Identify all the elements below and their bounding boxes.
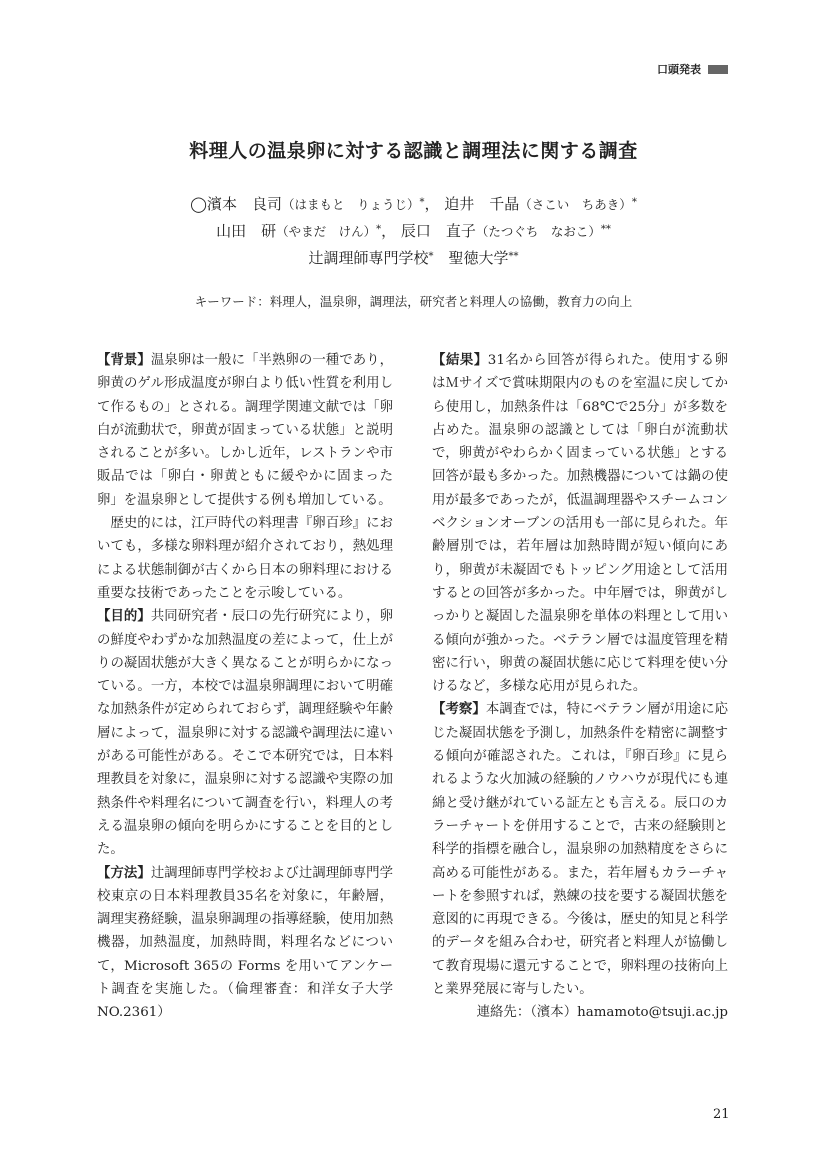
affiliation-mark: *	[428, 251, 433, 262]
author-kana: （さこい ちあき）	[519, 197, 632, 212]
left-column: 【背景】温泉卵は一般に「半熟卵の一種であり，卵黄のゲル形成温度が卵白より低い性質…	[97, 349, 393, 1025]
author-name: 山田 研	[216, 222, 276, 240]
author-kana: （たつぐち なおこ）	[476, 224, 601, 239]
keywords: キーワード：料理人，温泉卵，調理法，研究者と料理人の協働，教育力の向上	[0, 292, 827, 310]
presentation-type-label: 口頭発表	[657, 61, 701, 77]
section-purpose: 【目的】共同研究者・辰口の先行研究により，卵の鮮度やわずかな加熱温度の差によって…	[97, 605, 393, 861]
section-results: 【結果】31名から回答が得られた。使用する卵はＭサイズで賞味期限内のものを室温に…	[432, 349, 728, 698]
paper-title: 料理人の温泉卵に対する認識と調理法に関する調査	[0, 136, 827, 163]
section-text: 本調査では，特にベテラン層が用途に応じた凝固状態を予測し，加熱条件を精密に調整す…	[432, 702, 728, 997]
presentation-type-tag: 口頭発表	[657, 61, 728, 77]
section-label: 【方法】	[97, 866, 151, 881]
section-label: 【結果】	[432, 353, 488, 368]
section-text: 31名から回答が得られた。使用する卵はＭサイズで賞味期限内のものを室温に戻してか…	[432, 353, 728, 694]
header-bar-decoration	[708, 65, 728, 74]
section-method: 【方法】辻調理師専門学校および辻調理師専門学校東京の日本料理教員35名を対象に，…	[97, 862, 393, 1025]
section-text: 温泉卵は一般に「半熟卵の一種であり，卵黄のゲル形成温度が卵白より低い性質を利用し…	[97, 353, 393, 508]
affiliation-mark: **	[509, 251, 519, 262]
author-kana: （やまだ けん）	[276, 224, 376, 239]
section-background-continued: 歴史的には，江戸時代の料理書『卵百珍』においても，多様な卵料理が紹介されており，…	[97, 512, 393, 605]
section-background: 【背景】温泉卵は一般に「半熟卵の一種であり，卵黄のゲル形成温度が卵白より低い性質…	[97, 349, 393, 512]
section-discussion: 【考察】本調査では，特にベテラン層が用途に応じた凝固状態を予測し，加熱条件を精密…	[432, 698, 728, 1001]
affiliation-name: 辻調理師専門学校	[308, 249, 428, 267]
section-text: 辻調理師専門学校および辻調理師専門学校東京の日本料理教員35名を対象に，年齢層，…	[97, 866, 393, 1021]
page-number: 21	[713, 1107, 730, 1122]
affiliation-mark: **	[601, 224, 611, 235]
author-name: 辰口 直子	[401, 222, 476, 240]
contact-info: 連絡先：（濱本）hamamoto@tsuji.ac.jp	[432, 1001, 728, 1024]
right-column: 【結果】31名から回答が得られた。使用する卵はＭサイズで賞味期限内のものを室温に…	[432, 349, 728, 1025]
section-label: 【背景】	[97, 353, 151, 368]
author-name: ◯濱本 良司	[190, 195, 282, 213]
author-kana: （はまもと りょうじ）	[282, 197, 420, 212]
section-label: 【考察】	[432, 702, 486, 717]
author-line-1: ◯濱本 良司（はまもと りょうじ）*， 迫井 千晶（さこい ちあき）*	[0, 190, 827, 217]
author-block: ◯濱本 良司（はまもと りょうじ）*， 迫井 千晶（さこい ちあき）* 山田 研…	[0, 190, 827, 271]
affiliation-mark: *	[632, 197, 637, 208]
author-separator: ，	[424, 195, 439, 213]
section-label: 【目的】	[97, 609, 151, 624]
author-separator: ，	[381, 222, 396, 240]
section-text: 共同研究者・辰口の先行研究により，卵の鮮度やわずかな加熱温度の差によって，仕上が…	[97, 609, 393, 857]
author-name: 迫井 千晶	[444, 195, 519, 213]
affiliation-name: 聖徳大学	[449, 249, 509, 267]
affiliation-line: 辻調理師専門学校* 聖徳大学**	[0, 244, 827, 271]
author-line-2: 山田 研（やまだ けん）*， 辰口 直子（たつぐち なおこ）**	[0, 217, 827, 244]
